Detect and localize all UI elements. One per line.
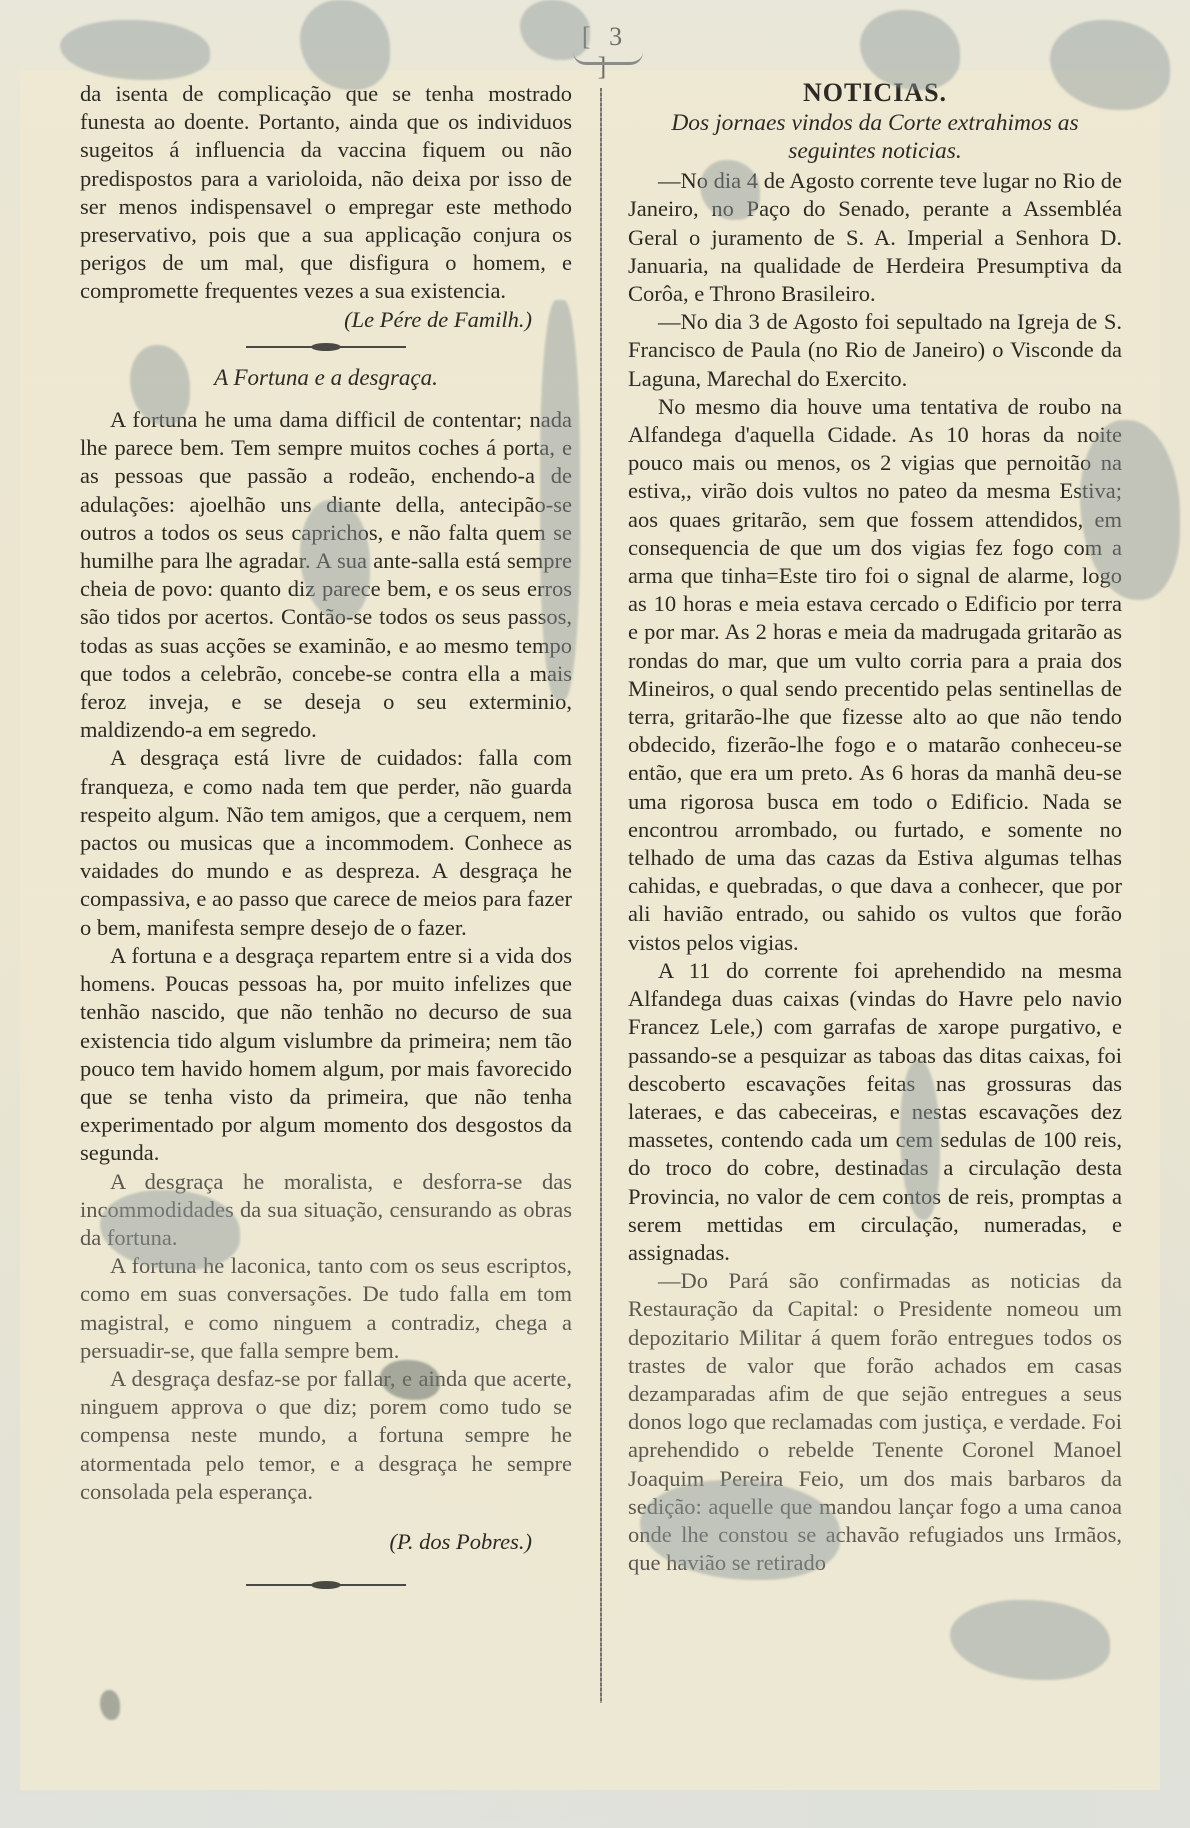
news-item: —No dia 4 de Agosto corrente teve lugar … [628, 167, 1122, 308]
news-item: A 11 do corrente foi aprehendido na mesm… [628, 957, 1122, 1267]
article-paragraph: A fortuna he laconica, tanto com os seus… [80, 1252, 572, 1365]
closing-ornamental-divider [246, 1582, 406, 1588]
news-item: —Do Pará são confirmadas as noticias da … [628, 1267, 1122, 1577]
continuation-attribution: (Le Pére de Familh.) [80, 306, 572, 334]
article-paragraph: A desgraça está livre de cuidados: falla… [80, 744, 572, 941]
page-number-flourish [573, 52, 643, 65]
left-column: da isenta de complicação que se tenha mo… [80, 80, 572, 1596]
news-section-title: NOTICIAS. [628, 79, 1122, 107]
newspaper-page: [ 3 ] da isenta de complicação que se te… [0, 0, 1190, 1828]
article-paragraph: A fortuna e a desgraça repartem entre si… [80, 942, 572, 1168]
article-paragraph: A fortuna he uma dama difficil de conten… [80, 406, 572, 744]
article-paragraph: A desgraça he moralista, e desforra-se d… [80, 1168, 572, 1253]
column-divider [600, 88, 602, 1703]
continuation-paragraph: da isenta de complicação que se tenha mo… [80, 80, 572, 306]
news-item: No mesmo dia houve uma tentativa de roub… [628, 393, 1122, 957]
news-item: —No dia 3 de Agosto foi sepultado na Igr… [628, 308, 1122, 393]
article-paragraph: A desgraça desfaz-se por fallar, e ainda… [80, 1365, 572, 1506]
article-title: A Fortuna e a desgraça. [80, 364, 572, 392]
right-column: NOTICIAS. Dos jornaes vindos da Corte ex… [628, 77, 1122, 1577]
news-section-subtitle: Dos jornaes vindos da Corte extrahimos a… [628, 109, 1122, 165]
article-attribution: (P. dos Pobres.) [80, 1528, 572, 1556]
ornamental-divider [246, 344, 406, 350]
